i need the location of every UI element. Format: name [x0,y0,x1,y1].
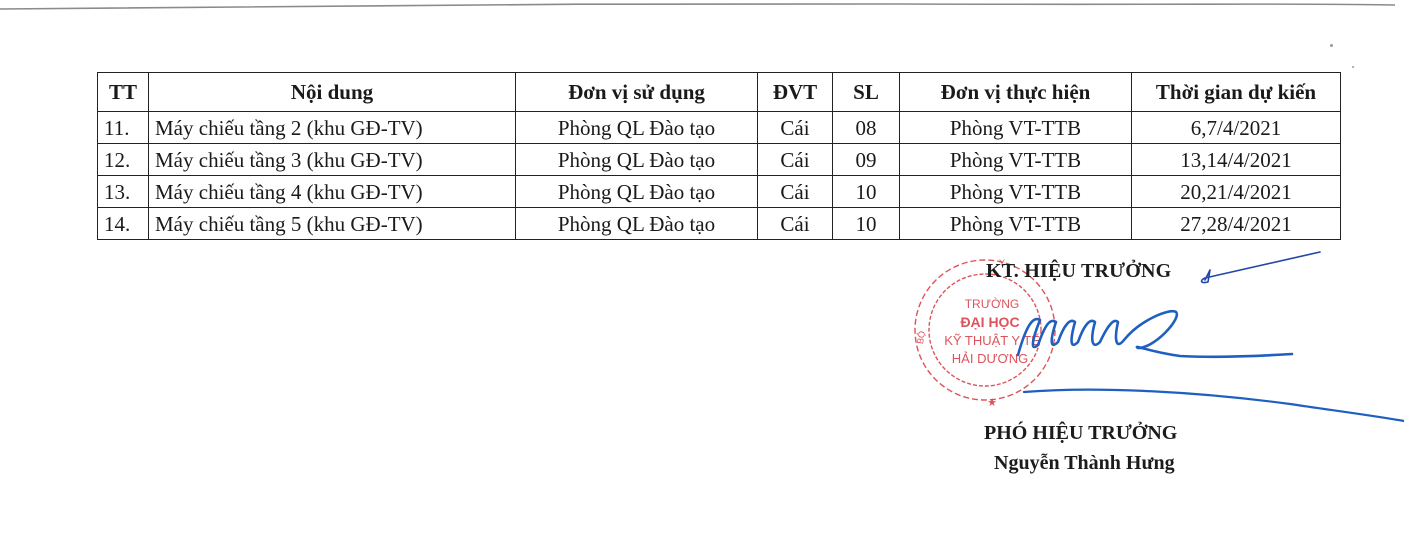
cell-dvt: Cái [758,112,833,144]
header-don-vi-thuc-hien: Đơn vị thực hiện [900,73,1132,112]
cell-don-vi-thuc-hien: Phòng VT-TTB [900,112,1132,144]
cell-thoi-gian-du-kien: 13,14/4/2021 [1132,144,1341,176]
signer-name: Nguyễn Thành Hưng [994,452,1175,475]
cell-don-vi-su-dung: Phòng QL Đào tạo [516,144,758,176]
cell-tt: 14. [98,208,149,240]
signature-block: TRƯỜNG ĐẠI HỌC KỸ THUẬT Y TẾ HẢI DƯƠNG B… [900,240,1404,536]
cell-don-vi-su-dung: Phòng QL Đào tạo [516,112,758,144]
cell-don-vi-su-dung: Phòng QL Đào tạo [516,176,758,208]
cell-sl: 08 [833,112,900,144]
cell-tt: 12. [98,144,149,176]
cell-tt: 11. [98,112,149,144]
table-header-row: TT Nội dung Đơn vị sử dụng ĐVT SL Đơn vị… [98,73,1341,112]
table-row: 13. Máy chiếu tầng 4 (khu GĐ-TV) Phòng Q… [98,176,1341,208]
header-dvt: ĐVT [758,73,833,112]
signer-position: PHÓ HIỆU TRƯỞNG [984,422,1177,445]
header-don-vi-su-dung: Đơn vị sử dụng [516,73,758,112]
cell-sl: 09 [833,144,900,176]
cell-sl: 10 [833,208,900,240]
equipment-schedule-table: TT Nội dung Đơn vị sử dụng ĐVT SL Đơn vị… [97,72,1341,240]
cell-noi-dung: Máy chiếu tầng 3 (khu GĐ-TV) [149,144,516,176]
cell-don-vi-thuc-hien: Phòng VT-TTB [900,208,1132,240]
cell-thoi-gian-du-kien: 27,28/4/2021 [1132,208,1341,240]
cell-tt: 13. [98,176,149,208]
cell-don-vi-thuc-hien: Phòng VT-TTB [900,176,1132,208]
cell-noi-dung: Máy chiếu tầng 4 (khu GĐ-TV) [149,176,516,208]
scan-speck [1330,44,1333,47]
cell-noi-dung: Máy chiếu tầng 2 (khu GĐ-TV) [149,112,516,144]
header-thoi-gian-du-kien: Thời gian dự kiến [1132,73,1341,112]
cell-dvt: Cái [758,176,833,208]
scan-top-edge [0,0,1404,12]
cell-thoi-gian-du-kien: 6,7/4/2021 [1132,112,1341,144]
cell-dvt: Cái [758,144,833,176]
table-row: 12. Máy chiếu tầng 3 (khu GĐ-TV) Phòng Q… [98,144,1341,176]
header-noi-dung: Nội dung [149,73,516,112]
cell-don-vi-thuc-hien: Phòng VT-TTB [900,144,1132,176]
header-tt: TT [98,73,149,112]
cell-sl: 10 [833,176,900,208]
cell-dvt: Cái [758,208,833,240]
cell-don-vi-su-dung: Phòng QL Đào tạo [516,208,758,240]
header-sl: SL [833,73,900,112]
table-row: 14. Máy chiếu tầng 5 (khu GĐ-TV) Phòng Q… [98,208,1341,240]
cell-thoi-gian-du-kien: 20,21/4/2021 [1132,176,1341,208]
cell-noi-dung: Máy chiếu tầng 5 (khu GĐ-TV) [149,208,516,240]
handwritten-signature [900,240,1404,430]
scan-speck [1352,66,1354,68]
table-row: 11. Máy chiếu tầng 2 (khu GĐ-TV) Phòng Q… [98,112,1341,144]
